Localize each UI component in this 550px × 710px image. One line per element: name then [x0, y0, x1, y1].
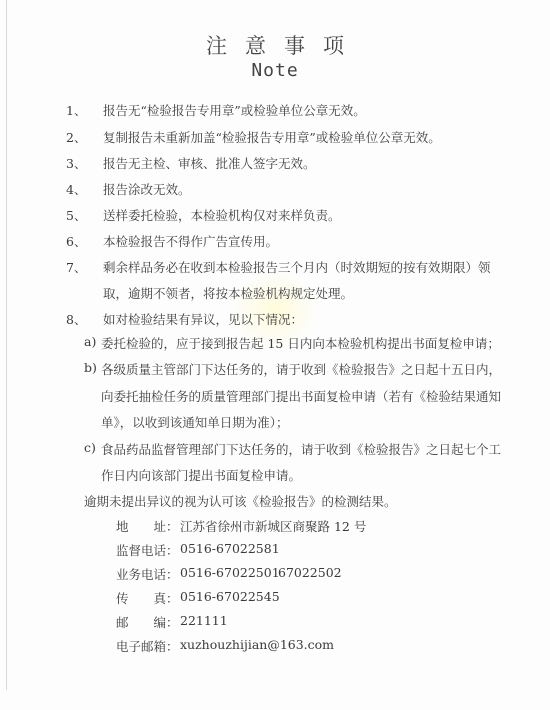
item-text: 本检验报告不得作广告宣传用。	[103, 232, 278, 250]
item-text: 如对检验结果有异议，见以下情况：	[103, 310, 303, 328]
sub-item-label: c)	[84, 440, 96, 455]
page-subtitle: Note	[0, 60, 550, 81]
item-number: 2、	[66, 128, 86, 146]
scan-edge-line	[6, 0, 7, 690]
sub-item-text-continued: 作日内向该部门提出书面复检申请。	[101, 466, 301, 484]
item-text: 剩余样品务必在收到本检验报告三个月内（时效期短的按有效期限）领	[103, 258, 491, 276]
postcode-label: 邮 编：	[116, 613, 179, 631]
item-number: 5、	[66, 206, 86, 224]
sub-item-label: a)	[84, 334, 96, 349]
item-number: 3、	[66, 154, 86, 172]
sub-item-text: 各级质量主管部门下达任务的，请于收到《检验报告》之日起十五日内，	[101, 360, 501, 378]
email-value: xuzhouzhijian@163.com	[180, 637, 334, 652]
address-value: 江苏省徐州市新城区商聚路 12 号	[180, 517, 366, 535]
item-text: 报告无主检、审核、批准人签字无效。	[103, 154, 316, 172]
item-text-continued: 取，逾期不领者，将按本检验机构规定处理。	[103, 284, 353, 302]
sub-item-text: 委托检验的，应于接到报告起 15 日内向本检验机构提出书面复检申请；	[101, 334, 500, 352]
fax-value: 0516-67022545	[180, 589, 280, 604]
closing-statement: 逾期未提出异议的视为认可该《检验报告》的检测结果。	[84, 492, 397, 510]
item-text: 复制报告未重新加盖“检验报告专用章”或检验单位公章无效。	[103, 128, 441, 146]
email-label: 电子邮箱：	[116, 637, 179, 655]
address-label: 地 址：	[116, 517, 179, 535]
item-number: 7、	[66, 258, 86, 276]
item-number: 1、	[66, 101, 86, 119]
item-text: 送样委托检验，本检验机构仅对来样负责。	[103, 206, 341, 224]
item-text: 报告涂改无效。	[103, 180, 191, 198]
business-phone-value-2: 67022502	[278, 565, 342, 580]
item-number: 4、	[66, 180, 86, 198]
item-number: 8、	[66, 310, 86, 328]
page-title: 注意事项	[0, 30, 550, 60]
business-phone-value: 0516-67022501	[180, 565, 280, 580]
sub-item-text: 食品药品监督管理部门下达任务的，请于收到《检验报告》之日起七个工	[101, 440, 501, 458]
sub-item-text-continued: 单》，以收到该通知单日期为准）；	[101, 413, 289, 431]
item-number: 6、	[66, 232, 86, 250]
postcode-value: 221111	[180, 613, 228, 628]
sub-item-text-continued: 向委托抽检任务的质量管理部门提出书面复检申请（若有《检验结果通知	[101, 387, 501, 405]
supervision-phone-value: 0516-67022581	[180, 541, 280, 556]
supervision-phone-label: 监督电话：	[116, 541, 179, 559]
business-phone-label: 业务电话：	[116, 565, 179, 583]
document-page: 注意事项 Note 1、 报告无“检验报告专用章”或检验单位公章无效。 2、 复…	[0, 0, 550, 710]
item-text: 报告无“检验报告专用章”或检验单位公章无效。	[103, 101, 366, 119]
sub-item-label: b)	[84, 360, 97, 375]
fax-label: 传 真：	[116, 589, 179, 607]
